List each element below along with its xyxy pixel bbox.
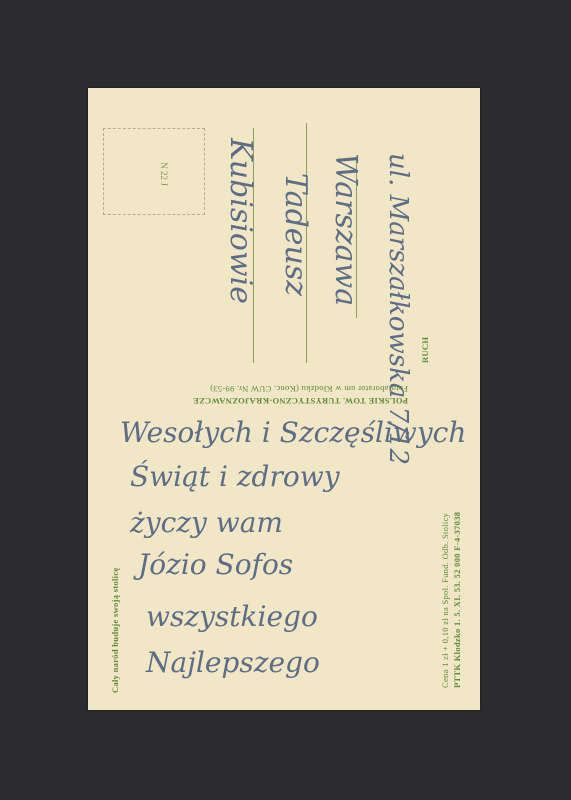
message-line-2: Świąt i zdrowy [130, 460, 340, 493]
message-line-1: Wesołych i Szczęśliwych [120, 416, 466, 449]
publisher-line-1: POLSKIE TOW. TURYSTYCZNO-KRAJOZNAWCZE [193, 396, 408, 406]
price-line-2: PTTK Kłodzko 1. 5. XI. 53. 52 000 F-4-37… [452, 512, 462, 688]
postcard: N 22 J Kubisiowie Tadeusz Warszawa ul. M… [88, 88, 480, 710]
publisher-line-2: Fotolaborator um w Kłodzku (Konc. CUW Nr… [210, 384, 408, 394]
address-city: Warszawa [328, 153, 363, 306]
message-line-4: Józio Sofos [138, 548, 293, 581]
message-line-6: Najlepszego [146, 646, 320, 679]
stamp-box-number: N 22 J [159, 162, 169, 186]
side-slogan: Cały naród buduje swoją stolicę [110, 568, 120, 693]
message-line-3: życzy wam [130, 506, 283, 539]
address-first-name: Tadeusz [278, 173, 313, 296]
price-line-1: Cena 1 zł + 0,10 zł na Społ. Fund. Odb. … [440, 513, 450, 688]
ruch-label: RUCH [420, 337, 430, 363]
stamp-box: N 22 J [103, 128, 205, 215]
message-line-5: wszystkiego [146, 600, 318, 633]
address-name: Kubisiowie [223, 138, 258, 304]
